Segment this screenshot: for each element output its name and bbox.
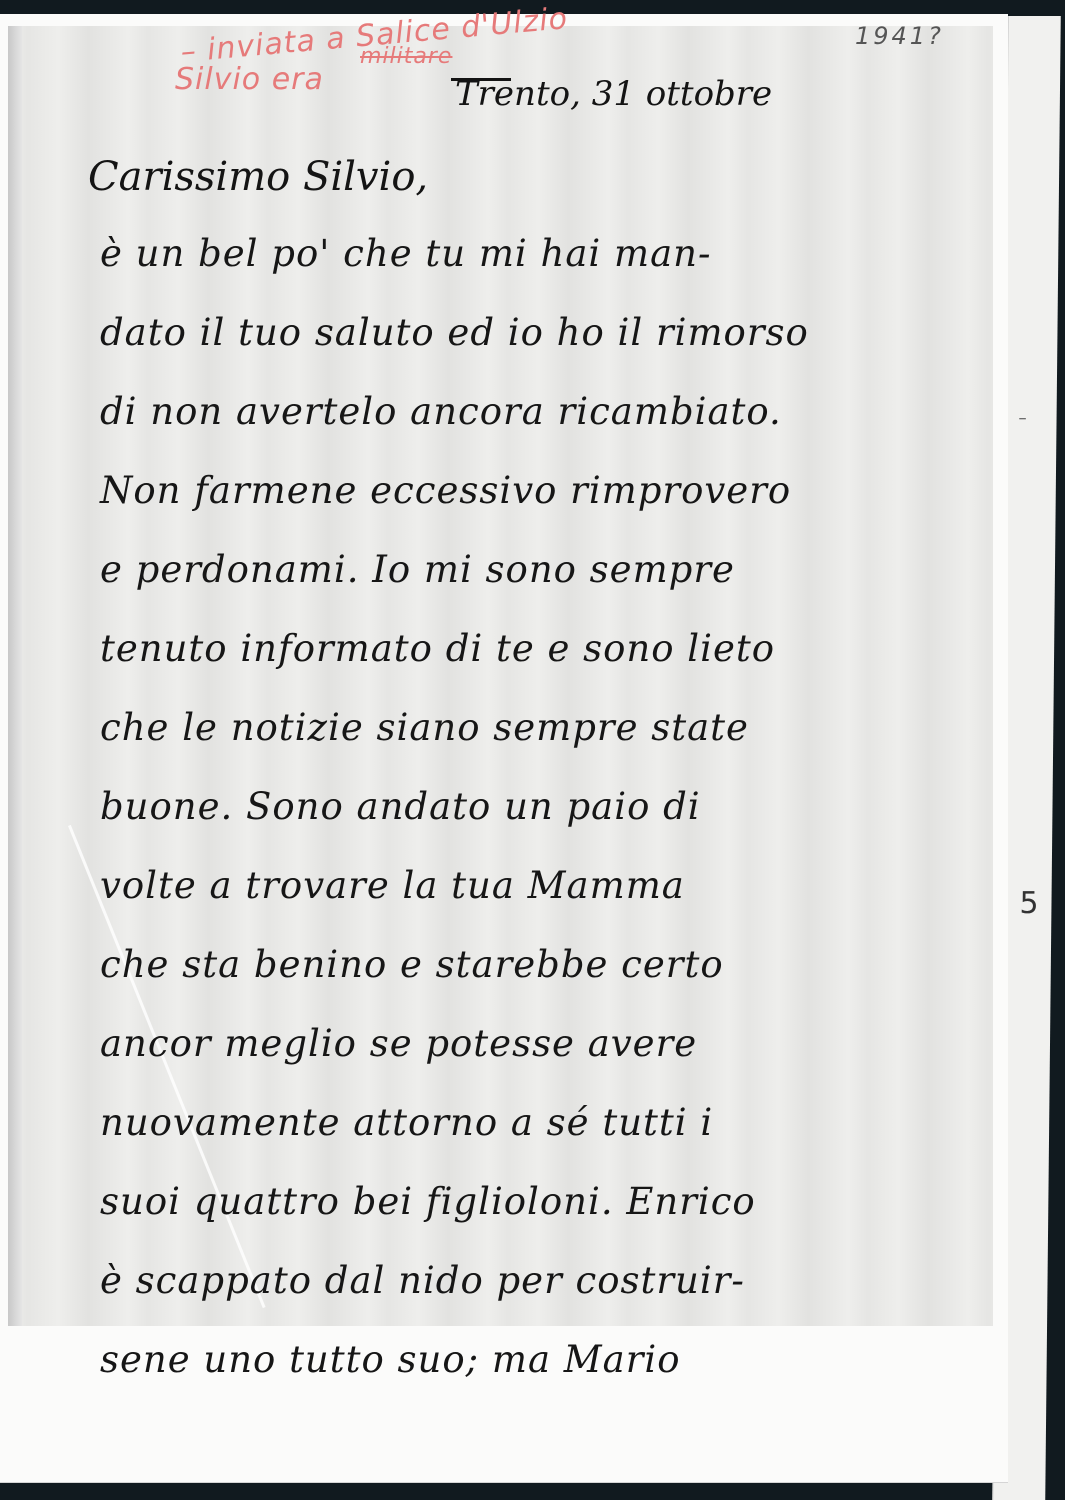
red-annotation-silvio: Silvio era <box>175 62 324 97</box>
place-date: Trento, 31 ottobre <box>455 74 772 114</box>
year-note: 1941? <box>855 22 944 50</box>
margin-tick: – <box>1018 408 1026 427</box>
red-annotation-struck: militare <box>360 44 452 69</box>
letter-line: è un bel po' che tu mi hai man- <box>100 232 1000 311</box>
letter-line: nuovamente attorno a sé tutti i <box>100 1101 1000 1180</box>
letter-line: che sta benino e starebbe certo <box>100 943 1000 1022</box>
letter-line: suoi quattro bei figlioloni. Enrico <box>100 1180 1000 1259</box>
letter-line: di non avertelo ancora ricambiato. <box>100 390 1000 469</box>
letter-line: dato il tuo saluto ed io ho il rimorso <box>100 311 1000 390</box>
letter-line: e perdonami. Io mi sono sempre <box>100 548 1000 627</box>
letter-line: che le notizie siano sempre state <box>100 706 1000 785</box>
letter-page: – inviata a Salice d'Ulzio Silvio era mi… <box>0 14 1008 1483</box>
letter-line: tenuto informato di te e sono lieto <box>100 627 1000 706</box>
letter-line: è scappato dal nido per costruir- <box>100 1259 1000 1338</box>
letter-line: ancor meglio se potesse avere <box>100 1022 1000 1101</box>
salutation: Carissimo Silvio, <box>88 154 428 200</box>
letter-line: buone. Sono andato un paio di <box>100 785 1000 864</box>
right-edge-mark: 5 <box>1019 886 1038 921</box>
letter-line: volte a trovare la tua Mamma <box>100 864 1000 943</box>
letter-line: Non farmene eccessivo rimprovero <box>100 469 1000 548</box>
letter-line: sene uno tutto suo; ma Mario <box>100 1338 1000 1417</box>
letter-body: è un bel po' che tu mi hai man- dato il … <box>100 232 1000 1417</box>
